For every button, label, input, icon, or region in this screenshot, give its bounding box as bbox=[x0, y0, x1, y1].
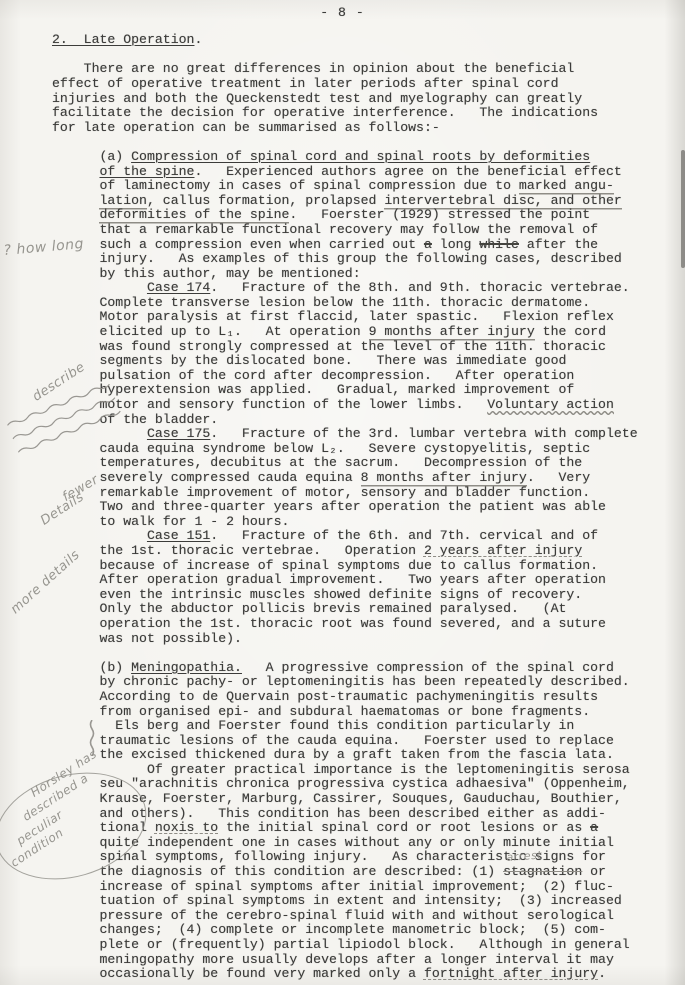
doc-line: traumatic lesions of the cauda equina. F… bbox=[52, 734, 685, 749]
doc-line: that a remarkable functional recovery ma… bbox=[52, 223, 685, 238]
text-segment: pressure of the cerebro-spinal fluid wit… bbox=[52, 908, 614, 923]
doc-line: seu "arachnitis chronica progressiva cys… bbox=[52, 777, 685, 792]
text-segment: from organised epi- and subdural haemato… bbox=[52, 704, 590, 719]
text-segment: traumatic lesions of the cauda equina. F… bbox=[52, 733, 614, 748]
doc-line: of the bladder. bbox=[52, 413, 685, 428]
doc-line: (a) Compression of spinal cord and spina… bbox=[52, 150, 685, 165]
text-segment-pu: deformities of the spine bbox=[99, 207, 289, 222]
text-segment-u: Case 174 bbox=[147, 280, 210, 295]
text-segment-u: Case 151 bbox=[147, 528, 210, 543]
blank-line bbox=[52, 646, 685, 661]
doc-line: facilitate the decision for operative in… bbox=[52, 106, 685, 121]
text-segment: . bbox=[598, 966, 606, 981]
doc-line: injuries and both the Queckenstedt test … bbox=[52, 92, 685, 107]
text-segment: According to de Quervain post-traumatic … bbox=[52, 689, 598, 704]
text-segment: because of increase of spinal symptoms d… bbox=[52, 558, 598, 573]
doc-line: There are no great differences in opinio… bbox=[52, 62, 685, 77]
text-segment: pulsation of the cord after decompressio… bbox=[52, 368, 574, 383]
doc-line: After operation gradual improvement. Two… bbox=[52, 573, 685, 588]
text-segment: was found strongly compressed at the lev… bbox=[52, 339, 606, 354]
text-segment: tuation of spinal symptoms in extent and… bbox=[52, 893, 622, 908]
text-segment: elicited up to L₁. At operation bbox=[52, 324, 369, 339]
doc-line: occasionally be found very marked only a… bbox=[52, 967, 685, 982]
doc-line: Krause, Foerster, Marburg, Cassirer, Sou… bbox=[52, 792, 685, 807]
doc-line: deformities of the spine. Foerster (1929… bbox=[52, 208, 685, 223]
text-segment: seu "arachnitis chronica progressiva cys… bbox=[52, 776, 630, 791]
doc-line: even the intrinsic muscles showed defini… bbox=[52, 588, 685, 603]
text-segment: the 1st. thoracic vertebrae. Operation bbox=[52, 543, 424, 558]
doc-line: to walk for 1 - 2 hours. bbox=[52, 515, 685, 530]
text-segment bbox=[52, 280, 147, 295]
text-segment-u: of the spine bbox=[99, 164, 194, 179]
text-segment: , callus formation, prolapsed bbox=[147, 193, 384, 208]
text-segment: . Fracture of the 8th. and 9th. thoracic… bbox=[210, 280, 629, 295]
doc-line: Only the abductor pollicis brevis remain… bbox=[52, 602, 685, 617]
text-segment-pu: marked angu- bbox=[519, 178, 614, 193]
doc-line: pulsation of the cord after decompressio… bbox=[52, 369, 685, 384]
text-segment-u: Case 175 bbox=[147, 426, 210, 441]
text-segment: . bbox=[194, 32, 202, 47]
doc-line: plete or (frequently) partial lipiodol b… bbox=[52, 938, 685, 953]
text-segment-stp: stagnation bbox=[503, 864, 582, 879]
text-segment: such a compression even when carried out bbox=[52, 237, 424, 252]
text-segment: was not possible). bbox=[52, 631, 242, 646]
blank-line bbox=[52, 48, 685, 63]
text-segment: effect of operative treatment in later p… bbox=[52, 76, 558, 91]
text-segment-st: while bbox=[479, 237, 519, 252]
text-segment-pu: intervertebral disc, and other bbox=[384, 193, 621, 208]
text-segment: the diagnosis of this condition are desc… bbox=[52, 864, 503, 879]
text-segment-u: Compression of spinal cord and spinal ro… bbox=[131, 149, 590, 164]
doc-line: by chronic pachy- or leptomeningitis has… bbox=[52, 675, 685, 690]
doc-line: of laminectomy in cases of spinal compre… bbox=[52, 179, 685, 194]
text-segment bbox=[52, 207, 99, 222]
doc-line: cauda equina syndrome below L₂. Severe c… bbox=[52, 442, 685, 457]
doc-line: remarkable improvement of motor, sensory… bbox=[52, 486, 685, 501]
doc-line: Els berg and Foerster found this conditi… bbox=[52, 719, 685, 734]
doc-line: Case 151. Fracture of the 6th. and 7th. … bbox=[52, 529, 685, 544]
doc-line: the 1st. thoracic vertebrae. Operation 2… bbox=[52, 544, 685, 559]
text-segment: that a remarkable functional recovery ma… bbox=[52, 222, 598, 237]
doc-line: lation, callus formation, prolapsed inte… bbox=[52, 194, 685, 209]
doc-line: by this author, may be mentioned: bbox=[52, 267, 685, 282]
text-segment: plete or (frequently) partial lipiodol b… bbox=[52, 937, 630, 952]
text-segment-wavy: Voluntary action bbox=[487, 397, 614, 412]
text-segment: segments by the dislocated bone. There w… bbox=[52, 353, 566, 368]
text-segment: Complete transverse lesion below the 11t… bbox=[52, 295, 590, 310]
text-segment: Motor paralysis at first flaccid, later … bbox=[52, 309, 614, 324]
doc-line: was found strongly compressed at the lev… bbox=[52, 340, 685, 355]
doc-line: According to de Quervain post-traumatic … bbox=[52, 690, 685, 705]
doc-line: the diagnosis of this condition are desc… bbox=[52, 865, 685, 880]
text-segment: . Very bbox=[527, 470, 590, 485]
text-segment-u: 2. Late Operation bbox=[52, 32, 194, 47]
doc-line: was not possible). bbox=[52, 632, 685, 647]
doc-line: injury. As examples of this group the fo… bbox=[52, 252, 685, 267]
doc-line: Case 175. Fracture of the 3rd. lumbar ve… bbox=[52, 427, 685, 442]
typewritten-text-body: 2. Late Operation. There are no great di… bbox=[52, 4, 685, 982]
text-segment: by chronic pachy- or leptomeningitis has… bbox=[52, 674, 630, 689]
text-segment-pud: fortnight after injury bbox=[424, 966, 598, 981]
doc-line: changes; (4) complete or incomplete mano… bbox=[52, 923, 685, 938]
text-segment: meningopathy more usually develops after… bbox=[52, 952, 614, 967]
doc-line: tuation of spinal symptoms in extent and… bbox=[52, 894, 685, 909]
text-segment: Els berg and Foerster found this conditi… bbox=[52, 718, 574, 733]
text-segment-st: a bbox=[590, 820, 598, 835]
doc-line: the excised thickened dura by a graft ta… bbox=[52, 748, 685, 763]
doc-line: and others). This condition has been des… bbox=[52, 807, 685, 822]
doc-line: quite independent one in cases without a… bbox=[52, 836, 685, 851]
text-segment: occasionally be found very marked only a bbox=[52, 966, 424, 981]
doc-line: operation the 1st. thoracic root was fou… bbox=[52, 617, 685, 632]
text-segment: for late operation can be summarised as … bbox=[52, 120, 440, 135]
text-segment: operation the 1st. thoracic root was fou… bbox=[52, 616, 606, 631]
doc-line: 2. Late Operation. bbox=[52, 33, 685, 48]
text-segment-pud: noxis to bbox=[155, 820, 218, 835]
doc-line: tional noxis to the initial spinal cord … bbox=[52, 821, 685, 836]
doc-line: Two and three-quarter years after operat… bbox=[52, 500, 685, 515]
doc-line: increase of spinal symptoms after initia… bbox=[52, 880, 685, 895]
blank-line bbox=[52, 19, 685, 34]
text-segment: to walk for 1 - 2 hours. bbox=[52, 514, 289, 529]
text-segment bbox=[52, 164, 99, 179]
text-segment: facilitate the decision for operative in… bbox=[52, 105, 598, 120]
text-segment bbox=[52, 193, 99, 208]
text-segment: Two and three-quarter years after operat… bbox=[52, 499, 606, 514]
margin-note-arrest: arrest bbox=[506, 849, 542, 864]
text-segment bbox=[52, 528, 147, 543]
text-segment-pu: 9 months after injury bbox=[369, 324, 535, 339]
scan-edge-smudge bbox=[681, 150, 685, 268]
text-segment: hyperextension was applied. Gradual, mar… bbox=[52, 382, 574, 397]
text-segment: after the bbox=[519, 237, 598, 252]
doc-line: segments by the dislocated bone. There w… bbox=[52, 354, 685, 369]
doc-line: temperatures, decubitus at the sacrum. D… bbox=[52, 456, 685, 471]
text-segment: There are no great differences in opinio… bbox=[52, 61, 574, 76]
text-segment: injuries and both the Queckenstedt test … bbox=[52, 91, 582, 106]
text-segment: the initial spinal cord or root lesions … bbox=[218, 820, 590, 835]
text-segment: temperatures, decubitus at the sacrum. D… bbox=[52, 455, 582, 470]
doc-line: meningopathy more usually develops after… bbox=[52, 953, 685, 968]
text-segment-u: Meningopathia. bbox=[131, 660, 242, 675]
doc-line: for late operation can be summarised as … bbox=[52, 121, 685, 136]
doc-line: from organised epi- and subdural haemato… bbox=[52, 705, 685, 720]
margin-mark-vertical bbox=[86, 720, 98, 756]
text-segment: the excised thickened dura by a graft ta… bbox=[52, 747, 614, 762]
text-segment: even the intrinsic muscles showed defini… bbox=[52, 587, 582, 602]
text-segment: . Experienced authors agree on the benef… bbox=[194, 164, 621, 179]
doc-line: hyperextension was applied. Gradual, mar… bbox=[52, 383, 685, 398]
doc-line: of the spine. Experienced authors agree … bbox=[52, 165, 685, 180]
text-segment: A progressive compression of the spinal … bbox=[242, 660, 614, 675]
text-segment: increase of spinal symptoms after initia… bbox=[52, 879, 614, 894]
text-segment: remarkable improvement of motor, sensory… bbox=[52, 485, 590, 500]
text-segment: Of greater practical importance is the l… bbox=[52, 762, 630, 777]
text-segment-st: a bbox=[424, 237, 432, 252]
text-segment: . Fracture of the 6th. and 7th. cervical… bbox=[210, 528, 598, 543]
text-segment: long bbox=[432, 237, 479, 252]
text-segment: . Fracture of the 3rd. lumbar vertebra w… bbox=[210, 426, 637, 441]
doc-line: elicited up to L₁. At operation 9 months… bbox=[52, 325, 685, 340]
doc-line: pressure of the cerebro-spinal fluid wit… bbox=[52, 909, 685, 924]
doc-line: motor and sensory function of the lower … bbox=[52, 398, 685, 413]
blank-line bbox=[52, 135, 685, 150]
text-segment: injury. As examples of this group the fo… bbox=[52, 251, 622, 266]
doc-line: severely compressed cauda equina 8 month… bbox=[52, 471, 685, 486]
doc-line: because of increase of spinal symptoms d… bbox=[52, 559, 685, 574]
text-segment: or bbox=[582, 864, 606, 879]
text-segment: by this author, may be mentioned: bbox=[52, 266, 361, 281]
doc-line: Of greater practical importance is the l… bbox=[52, 763, 685, 778]
text-segment: . Foerster (1929) stressed the point bbox=[289, 207, 590, 222]
text-segment: (a) bbox=[52, 149, 131, 164]
text-segment-pud: 2 years after injury bbox=[424, 543, 582, 558]
doc-line: (b) Meningopathia. A progressive compres… bbox=[52, 661, 685, 676]
text-segment: of laminectomy in cases of spinal compre… bbox=[52, 178, 519, 193]
text-segment: Only the abductor pollicis brevis remain… bbox=[52, 601, 566, 616]
text-segment: changes; (4) complete or incomplete mano… bbox=[52, 922, 606, 937]
text-segment-pu: lation bbox=[99, 193, 146, 208]
text-segment: After operation gradual improvement. Two… bbox=[52, 572, 606, 587]
text-segment: the cord bbox=[535, 324, 606, 339]
doc-line: spinal symptoms, following injury. As ch… bbox=[52, 850, 685, 865]
text-segment: cauda equina syndrome below L₂. Severe c… bbox=[52, 441, 590, 456]
doc-line: Case 174. Fracture of the 8th. and 9th. … bbox=[52, 281, 685, 296]
doc-line: Motor paralysis at first flaccid, later … bbox=[52, 310, 685, 325]
doc-line: effect of operative treatment in later p… bbox=[52, 77, 685, 92]
doc-line: Complete transverse lesion below the 11t… bbox=[52, 296, 685, 311]
blank-line bbox=[52, 4, 685, 19]
text-segment: (b) bbox=[52, 660, 131, 675]
text-segment-pu: 8 months after injury bbox=[361, 470, 527, 485]
doc-line: such a compression even when carried out… bbox=[52, 238, 685, 253]
